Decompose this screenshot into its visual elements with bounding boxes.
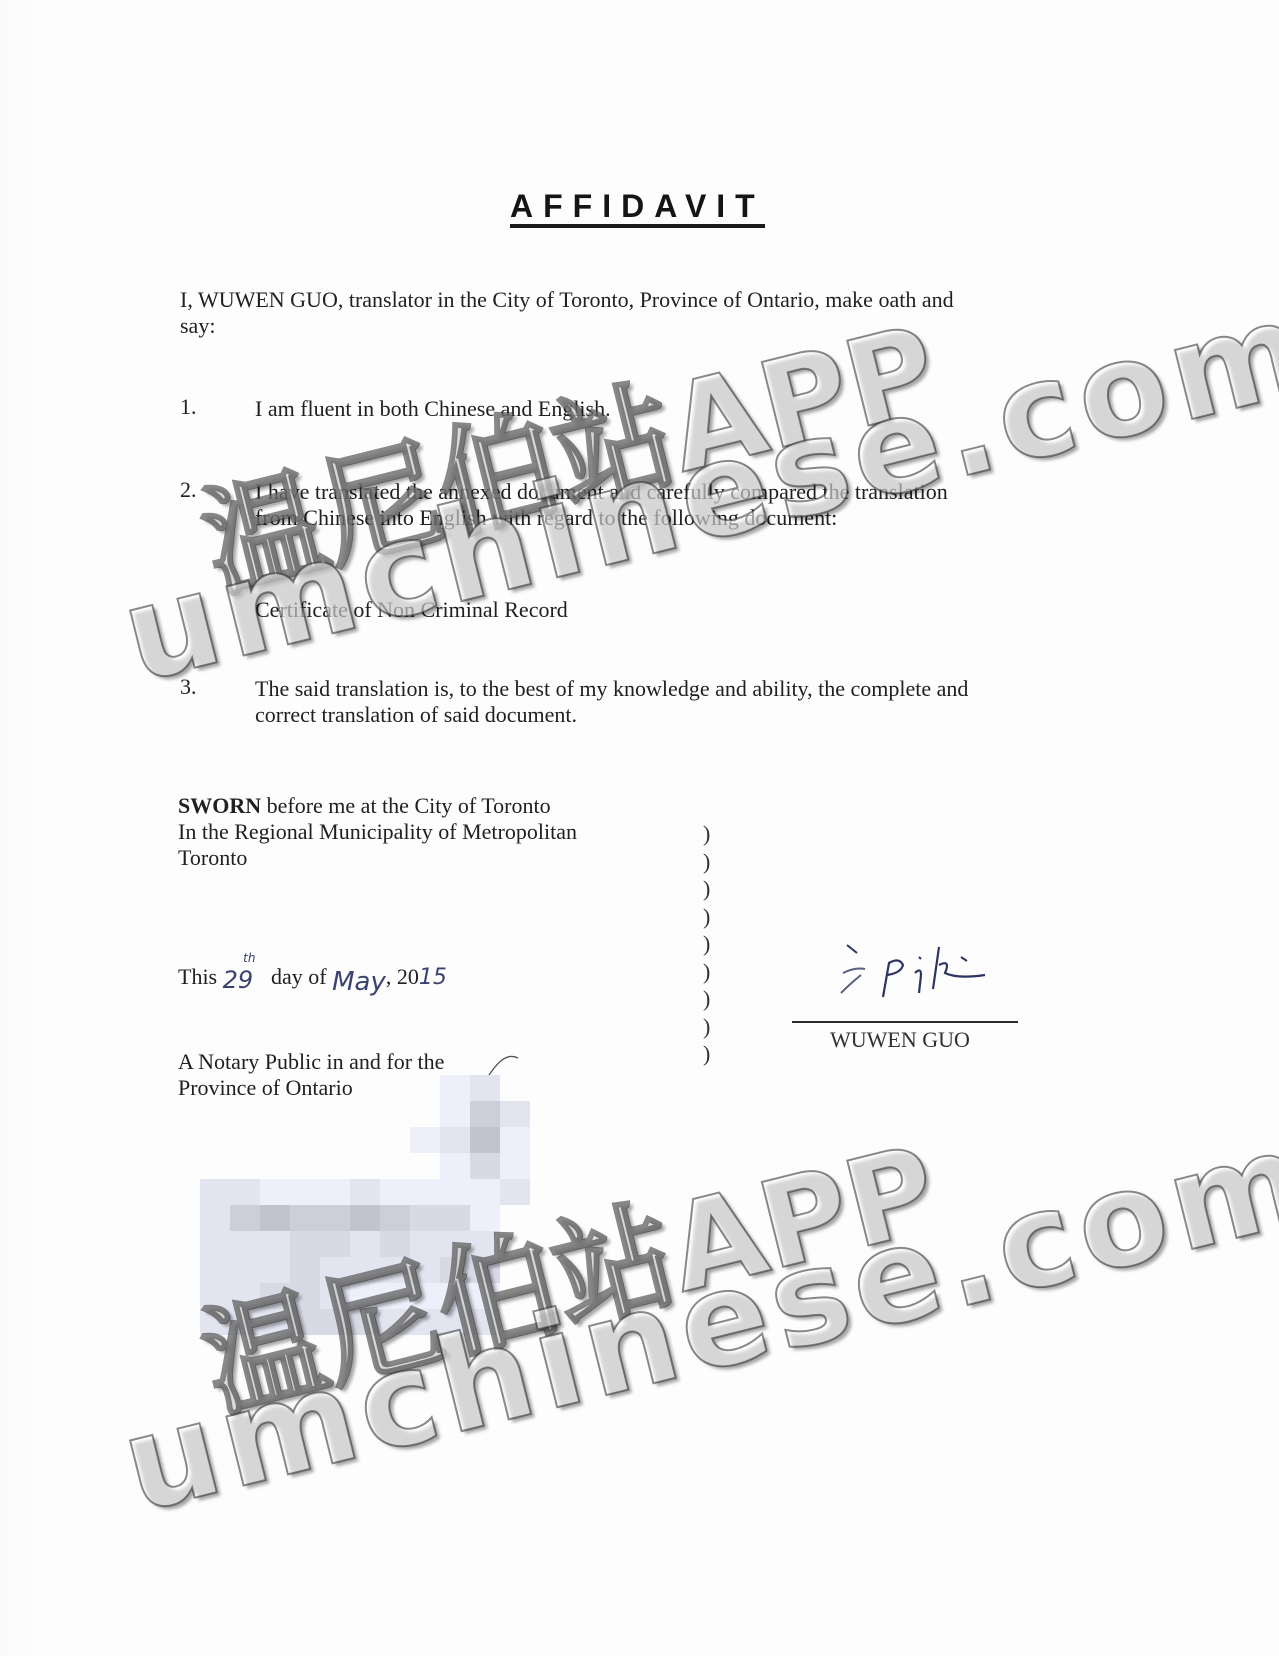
paragraph-1-number: 1. — [180, 393, 197, 420]
parenthesis: ) — [703, 930, 710, 958]
signature-line — [792, 1021, 1018, 1023]
redaction-pixel — [320, 1179, 350, 1205]
sworn-rest: before me at the City of Toronto — [261, 793, 550, 818]
paragraph-2-number: 2. — [180, 476, 197, 503]
redaction-pixel — [200, 1283, 230, 1309]
intro-line-2: say: — [180, 312, 215, 339]
redaction-pixel — [260, 1205, 290, 1231]
redaction-pixel — [380, 1179, 410, 1205]
sworn-keyword: SWORN — [178, 793, 261, 818]
redaction-pixel — [440, 1127, 470, 1153]
jurat-city-line: Toronto — [178, 844, 247, 871]
document-title: AFFIDAVIT — [510, 188, 765, 228]
redaction-pixel — [290, 1257, 320, 1283]
redaction-pixel — [230, 1179, 260, 1205]
redaction-pixel — [290, 1231, 320, 1257]
parenthesis: ) — [703, 820, 710, 848]
redaction-pixel — [410, 1205, 440, 1231]
redaction-pixel — [380, 1257, 410, 1283]
redaction-pixel — [260, 1309, 290, 1335]
jurat-date-line: This 29th day of May, 2015 — [178, 963, 447, 994]
redaction-pixel — [350, 1283, 380, 1309]
paragraph-3-line-2: correct translation of said document. — [255, 701, 577, 728]
redaction-pixel — [200, 1231, 230, 1257]
redaction-pixel — [470, 1309, 500, 1335]
redaction-pixel — [350, 1179, 380, 1205]
redaction-pixel — [440, 1153, 470, 1179]
redaction-pixel — [350, 1205, 380, 1231]
redaction-pixel — [500, 1179, 530, 1205]
parenthesis: ) — [703, 903, 710, 931]
redaction-pixel — [230, 1205, 260, 1231]
redaction-pixel — [230, 1283, 260, 1309]
watermark-app-top: 温尼伯站APP — [183, 274, 951, 622]
date-middle: day of — [271, 964, 327, 989]
redaction-pixel — [260, 1283, 290, 1309]
redaction-pixel — [470, 1127, 500, 1153]
date-year-printed: , 20 — [386, 964, 419, 989]
redaction-pixel — [410, 1283, 440, 1309]
redaction-pixel — [290, 1205, 320, 1231]
handwritten-month: May — [332, 967, 386, 997]
redaction-pixel — [290, 1309, 320, 1335]
redaction-pixel — [380, 1205, 410, 1231]
redaction-pixel — [230, 1257, 260, 1283]
date-prefix: This — [178, 964, 217, 989]
redaction-pixel — [470, 1231, 500, 1257]
redaction-pixel — [380, 1309, 410, 1335]
redaction-pixel — [290, 1179, 320, 1205]
redaction-pixel — [470, 1283, 500, 1309]
redaction-pixel — [440, 1205, 470, 1231]
redaction-pixel — [290, 1283, 320, 1309]
paragraph-2-line-2: from Chinese into English with regard to… — [255, 504, 837, 531]
redaction-pixel — [470, 1205, 500, 1231]
redaction-pixel — [440, 1231, 470, 1257]
parenthesis: ) — [703, 848, 710, 876]
redaction-pixel — [320, 1257, 350, 1283]
redaction-pixel — [230, 1309, 260, 1335]
referenced-document-title: Certificate of Non Criminal Record — [255, 596, 568, 623]
redaction-pixel — [440, 1309, 470, 1335]
redaction-pixel — [470, 1101, 500, 1127]
redaction-pixel — [410, 1257, 440, 1283]
redaction-pixel — [320, 1309, 350, 1335]
redaction-pixel — [500, 1101, 530, 1127]
redaction-pixel — [440, 1283, 470, 1309]
parenthesis: ) — [703, 1013, 710, 1041]
redaction-pixel — [440, 1257, 470, 1283]
handwritten-signature — [835, 935, 1015, 1015]
parenthesis: ) — [703, 1040, 710, 1068]
redaction-pixel — [440, 1075, 470, 1101]
intro-line-1: I, WUWEN GUO, translator in the City of … — [180, 286, 954, 313]
redaction-pixel — [350, 1257, 380, 1283]
paragraph-2-line-1: I have translated the annexed document a… — [255, 478, 948, 505]
signer-name: WUWEN GUO — [830, 1026, 970, 1053]
scanned-page: AFFIDAVIT I, WUWEN GUO, translator in th… — [0, 0, 1279, 1656]
jurat-sworn-line: SWORN before me at the City of Toronto — [178, 792, 551, 819]
redaction-pixel — [260, 1257, 290, 1283]
redaction-pixel — [470, 1075, 500, 1101]
redaction-pixel — [200, 1205, 230, 1231]
redaction-pixel — [320, 1205, 350, 1231]
redaction-pixel — [200, 1257, 230, 1283]
parenthesis: ) — [703, 985, 710, 1013]
redaction-pixel — [200, 1309, 230, 1335]
paragraph-1-text: I am fluent in both Chinese and English. — [255, 395, 611, 422]
handwritten-year: 15 — [419, 965, 447, 990]
paragraph-3-number: 3. — [180, 673, 197, 700]
redaction-pixel — [410, 1179, 440, 1205]
redaction-pixel — [410, 1127, 440, 1153]
redaction-pixel — [260, 1179, 290, 1205]
redaction-pixel — [260, 1231, 290, 1257]
redaction-pixel — [320, 1283, 350, 1309]
redaction-pixel — [440, 1179, 470, 1205]
redaction-pixel — [380, 1283, 410, 1309]
jurat-municipality-line: In the Regional Municipality of Metropol… — [178, 818, 577, 845]
redaction-pixel — [440, 1101, 470, 1127]
redaction-pixel — [380, 1231, 410, 1257]
redaction-pixel — [470, 1153, 500, 1179]
parenthesis-column: ))))))))) — [703, 820, 710, 1068]
redaction-pixel — [350, 1309, 380, 1335]
redaction-pixel — [200, 1179, 230, 1205]
redaction-pixel — [410, 1231, 440, 1257]
redaction-pixel — [500, 1153, 530, 1179]
paragraph-3-line-1: The said translation is, to the best of … — [255, 675, 968, 702]
notary-line-2: Province of Ontario — [178, 1074, 353, 1101]
handwritten-day-suffix: th — [243, 951, 255, 965]
redaction-pixel — [230, 1231, 260, 1257]
redaction-pixel — [410, 1309, 440, 1335]
redaction-pixel — [500, 1127, 530, 1153]
redaction-pixel — [470, 1257, 500, 1283]
parenthesis: ) — [703, 958, 710, 986]
notary-line-1: A Notary Public in and for the — [178, 1048, 444, 1075]
parenthesis: ) — [703, 875, 710, 903]
redaction-pixel — [350, 1231, 380, 1257]
redaction-pixel — [320, 1231, 350, 1257]
redaction-pixel — [470, 1179, 500, 1205]
handwritten-day: 29 — [223, 966, 254, 994]
